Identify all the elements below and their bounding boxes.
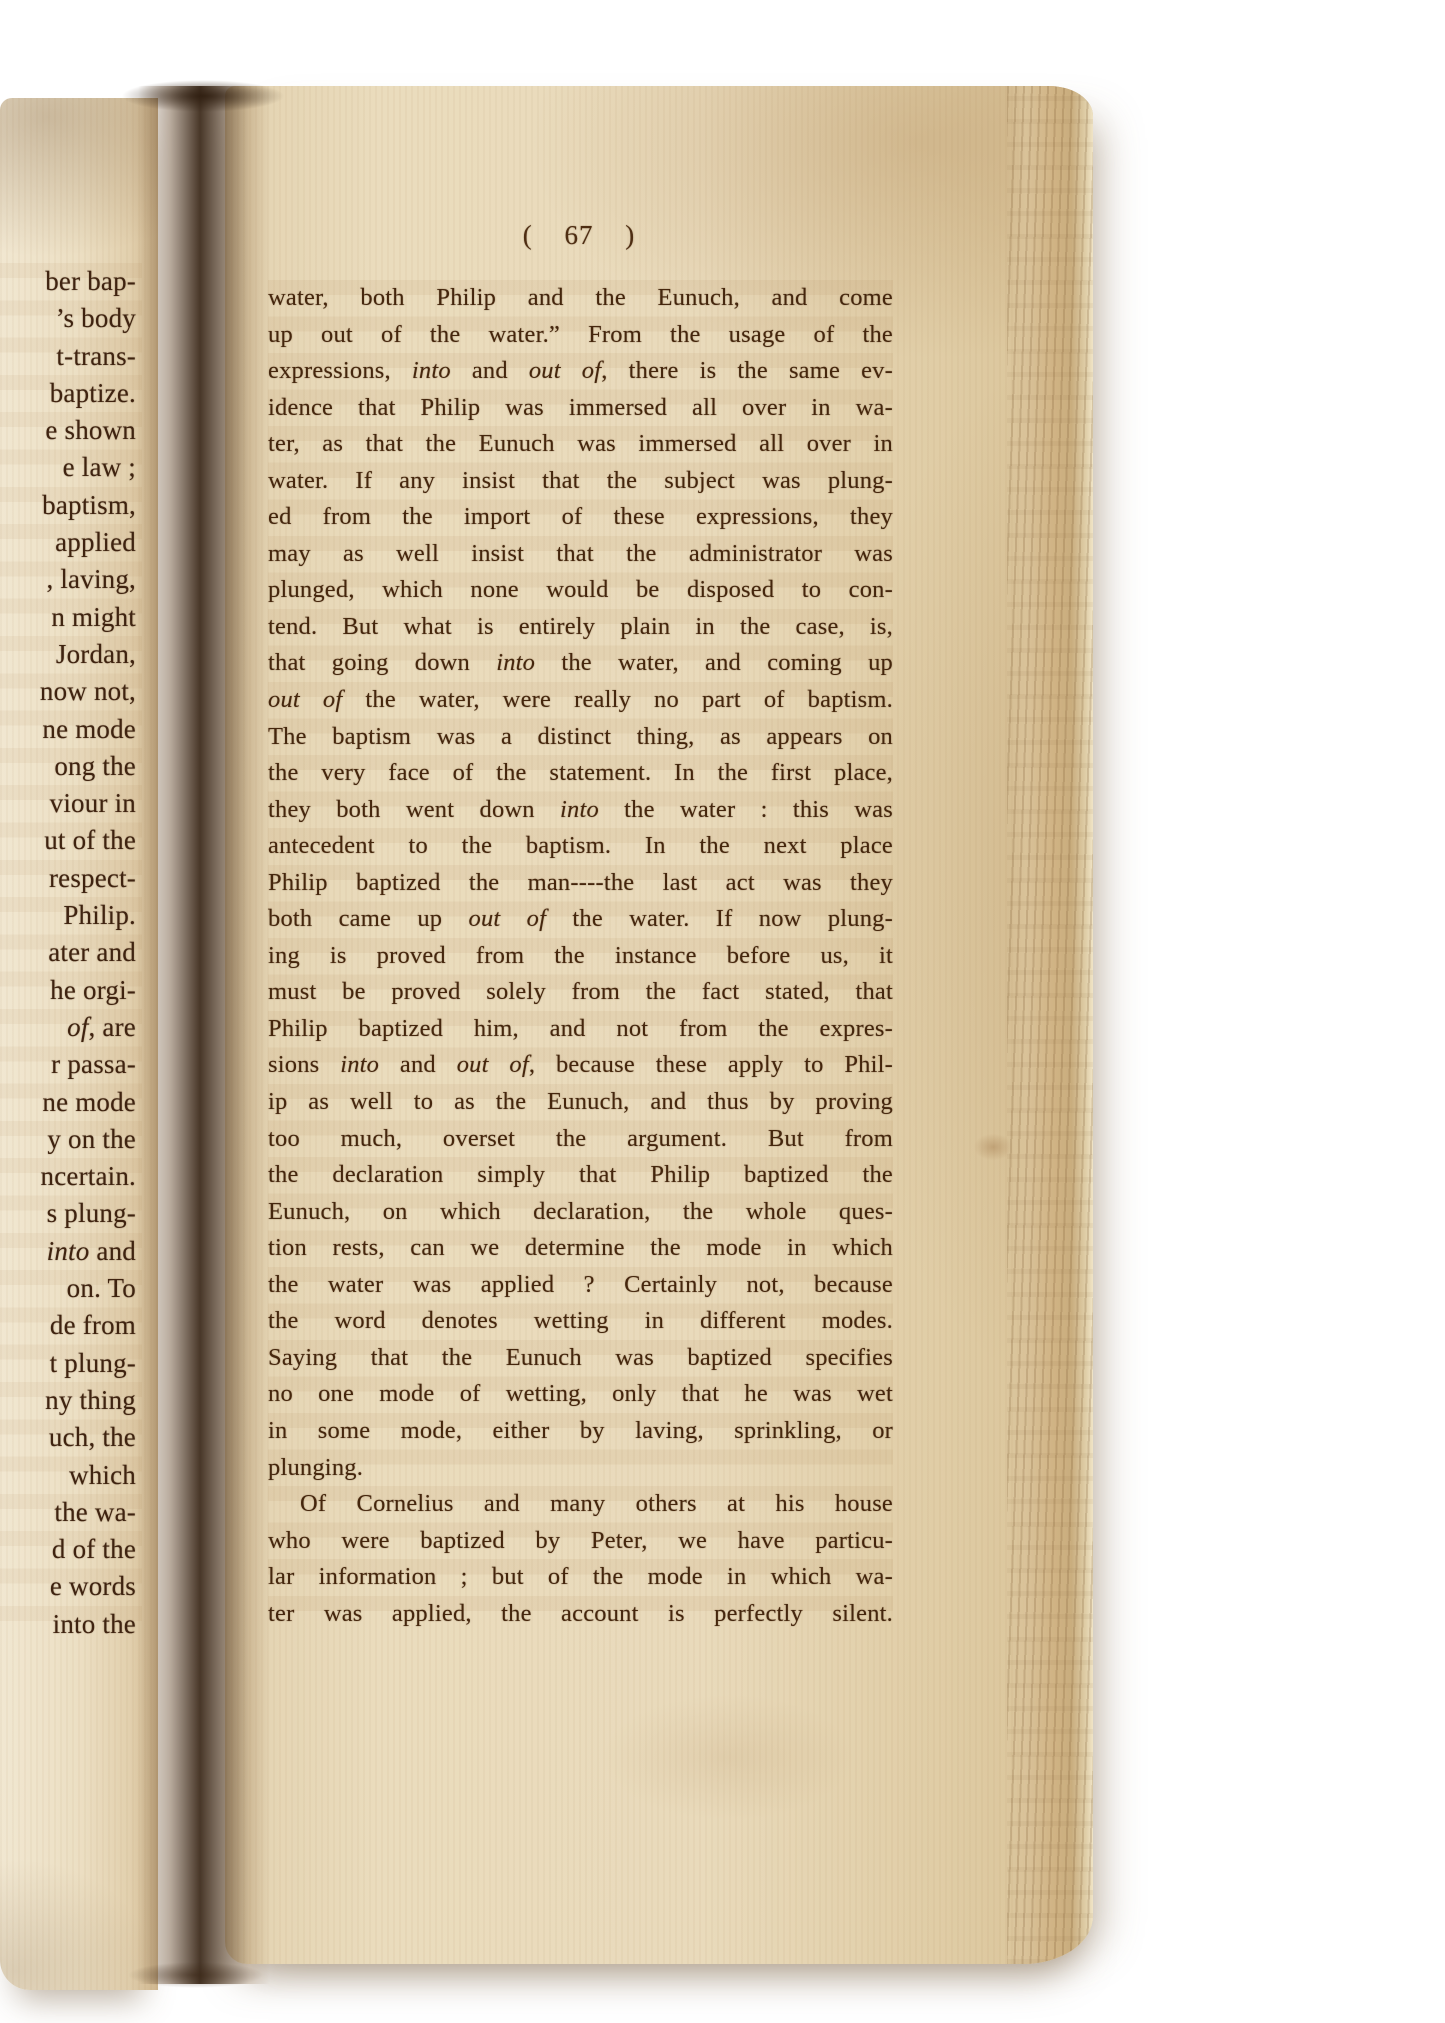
text-line: too much, overset the argument. But from [268, 1121, 893, 1158]
text-line: in some mode, either by laving, sprinkli… [268, 1413, 893, 1450]
text-line: n might [0, 599, 136, 636]
text-line: Philip baptized him, and not from the ex… [268, 1011, 893, 1048]
left-page-text-fragments: ber bap-’s bodyt-trans-baptize.e showne … [0, 263, 142, 1643]
text-line: ber bap- [0, 263, 136, 300]
text-line: no one mode of wetting, only that he was… [268, 1376, 893, 1413]
text-line: ed from the import of these expressions,… [268, 499, 893, 536]
text-line: he orgi- [0, 972, 136, 1009]
text-line: ut of the [0, 822, 136, 859]
text-line: out of the water, were really no part of… [268, 682, 893, 719]
text-line: Philip. [0, 897, 136, 934]
text-line: t-trans- [0, 338, 136, 375]
text-line: antecedent to the baptism. In the next p… [268, 828, 893, 865]
text-line: Philip baptized the man----the last act … [268, 865, 893, 902]
text-line: ing is proved from the instance before u… [268, 938, 893, 975]
text-line: who were baptized by Peter, we have part… [268, 1523, 893, 1560]
text-line: ne mode [0, 1084, 136, 1121]
text-line: they both went down into the water : thi… [268, 792, 893, 829]
text-line: the very face of the statement. In the f… [268, 755, 893, 792]
text-line: plunged, which none would be disposed to… [268, 572, 893, 609]
text-line: ip as well to as the Eunuch, and thus by… [268, 1084, 893, 1121]
text-line: applied [0, 524, 136, 561]
text-line: respect- [0, 860, 136, 897]
text-line: ong the [0, 748, 136, 785]
text-line: up out of the water.” From the usage of … [268, 317, 893, 354]
text-line: t plung- [0, 1345, 136, 1382]
text-line: ny thing [0, 1382, 136, 1419]
text-line: both came up out of the water. If now pl… [268, 901, 893, 938]
text-line: the word denotes wetting in different mo… [268, 1303, 893, 1340]
text-line: water. If any insist that the subject wa… [268, 463, 893, 500]
text-line: uch, the [0, 1419, 136, 1456]
text-line: water, both Philip and the Eunuch, and c… [268, 280, 893, 317]
text-line: e law ; [0, 449, 136, 486]
text-line: Jordan, [0, 636, 136, 673]
text-line: ne mode [0, 711, 136, 748]
text-line: The baptism was a distinct thing, as app… [268, 719, 893, 756]
text-line: that going down into the water, and comi… [268, 645, 893, 682]
text-line: e shown [0, 412, 136, 449]
text-line: lar information ; but of the mode in whi… [268, 1559, 893, 1596]
text-line: ’s body [0, 300, 136, 337]
text-line: r passa- [0, 1046, 136, 1083]
text-line: must be proved solely from the fact stat… [268, 974, 893, 1011]
text-line: plunging. [268, 1450, 893, 1487]
text-line: baptism, [0, 487, 136, 524]
text-line: on. To [0, 1270, 136, 1307]
text-line: y on the [0, 1121, 136, 1158]
text-line: Of Cornelius and many others at his hous… [268, 1486, 893, 1523]
text-line: ter was applied, the account is perfectl… [268, 1596, 893, 1633]
text-line: sions into and out of, because these app… [268, 1047, 893, 1084]
page-number: ( 67 ) [268, 220, 890, 251]
text-line: , laving, [0, 561, 136, 598]
text-line: the declaration simply that Philip bapti… [268, 1157, 893, 1194]
text-line: the wa- [0, 1494, 136, 1531]
text-line: may as well insist that the administrato… [268, 536, 893, 573]
text-line: Eunuch, on which declaration, the whole … [268, 1194, 893, 1231]
text-line: of, are [0, 1009, 136, 1046]
text-line: tion rests, can we determine the mode in… [268, 1230, 893, 1267]
text-line: ncertain. [0, 1158, 136, 1195]
text-line: now not, [0, 673, 136, 710]
text-line: into and [0, 1233, 136, 1270]
text-line: into the [0, 1606, 136, 1643]
text-line: de from [0, 1307, 136, 1344]
text-line: the water was applied ? Certainly not, b… [268, 1267, 893, 1304]
text-line: d of the [0, 1531, 136, 1568]
text-line: idence that Philip was immersed all over… [268, 390, 893, 427]
text-line: ater and [0, 934, 136, 971]
text-line: viour in [0, 785, 136, 822]
text-line: Saying that the Eunuch was baptized spec… [268, 1340, 893, 1377]
page-edges [1007, 86, 1093, 1964]
text-line: tend. But what is entirely plain in the … [268, 609, 893, 646]
text-line: e words [0, 1568, 136, 1605]
text-line: which [0, 1457, 136, 1494]
text-line: s plung- [0, 1195, 136, 1232]
text-line: ter, as that the Eunuch was immersed all… [268, 426, 893, 463]
text-line: expressions, into and out of, there is t… [268, 353, 893, 390]
book-photo: ( 67 ) water, both Philip and the Eunuch… [0, 0, 1445, 2023]
text-line: baptize. [0, 375, 136, 412]
page-text: water, both Philip and the Eunuch, and c… [268, 280, 893, 1632]
